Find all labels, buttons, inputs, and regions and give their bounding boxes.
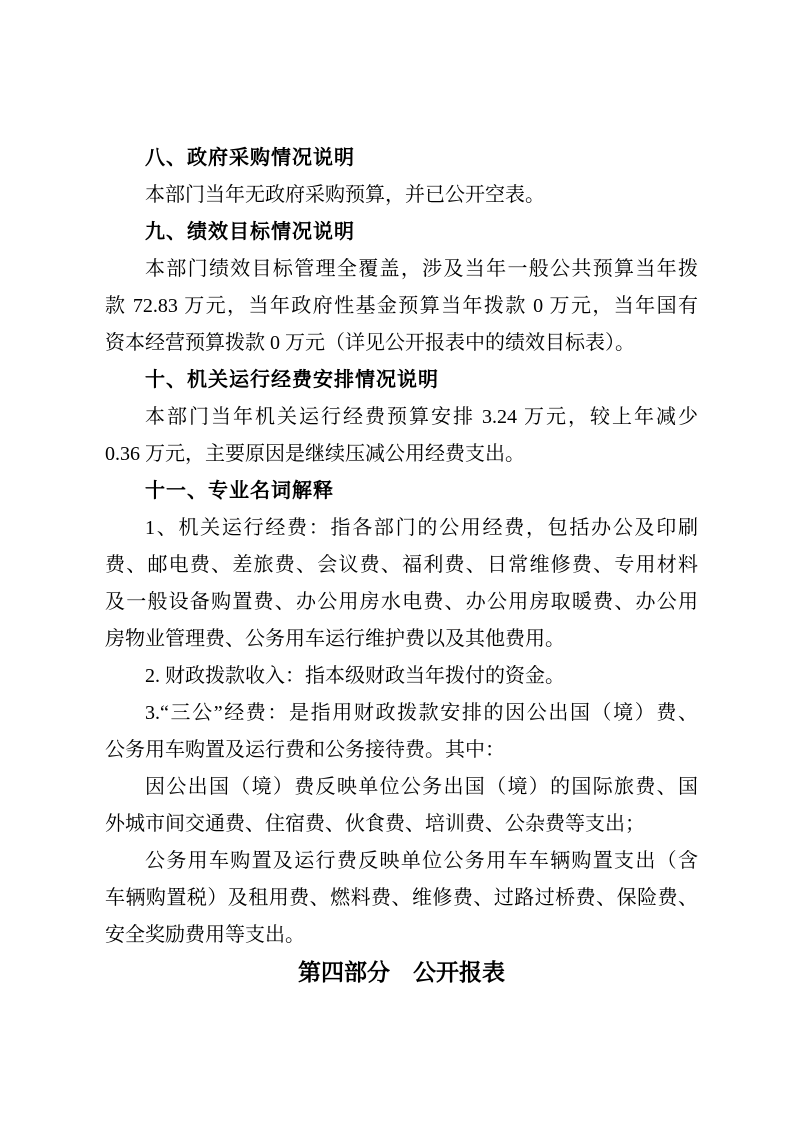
paragraph: 公务用车购置及运行费反映单位公务用车车辆购置支出（含车辆购置税）及租用费、燃料费… bbox=[105, 843, 698, 954]
section-heading-text: 九、绩效目标情况说明 bbox=[105, 214, 698, 251]
paragraph-line: 外城市间交通费、住宿费、伙食费、培训费、公杂费等支出； bbox=[105, 806, 698, 843]
paragraph-line: 安全奖励费用等支出。 bbox=[105, 917, 698, 954]
part-title: 第四部分 公开报表 bbox=[105, 954, 698, 991]
paragraph-line: 本部门当年无政府采购预算，并已公开空表。 bbox=[105, 177, 698, 214]
section-heading: 八、政府采购情况说明 bbox=[105, 140, 698, 177]
paragraph-line: 公务用车购置及运行费和公务接待费。其中： bbox=[105, 732, 698, 769]
paragraph-line: 车辆购置税）及租用费、燃料费、维修费、过路过桥费、保险费、 bbox=[105, 880, 698, 917]
paragraph-line: 本部门当年机关运行经费预算安排 3.24 万元，较上年减少 bbox=[105, 399, 698, 436]
paragraph: 本部门绩效目标管理全覆盖，涉及当年一般公共预算当年拨款 72.83 万元，当年政… bbox=[105, 251, 698, 362]
paragraph-line: 房物业管理费、公务用车运行维护费以及其他费用。 bbox=[105, 621, 698, 658]
section-heading-text: 十一、专业名词解释 bbox=[105, 473, 698, 510]
paragraph-line: 因公出国（境）费反映单位公务出国（境）的国际旅费、国 bbox=[105, 769, 698, 806]
paragraph: 1、机关运行经费：指各部门的公用经费，包括办公及印刷费、邮电费、差旅费、会议费、… bbox=[105, 510, 698, 658]
paragraph: 因公出国（境）费反映单位公务出国（境）的国际旅费、国外城市间交通费、住宿费、伙食… bbox=[105, 769, 698, 843]
paragraph-line: 1、机关运行经费：指各部门的公用经费，包括办公及印刷 bbox=[105, 510, 698, 547]
document-content: 八、政府采购情况说明本部门当年无政府采购预算，并已公开空表。九、绩效目标情况说明… bbox=[0, 0, 793, 991]
paragraph-line: 费、邮电费、差旅费、会议费、福利费、日常维修费、专用材料 bbox=[105, 547, 698, 584]
paragraph-line: 本部门绩效目标管理全覆盖，涉及当年一般公共预算当年拨 bbox=[105, 251, 698, 288]
paragraph-line: 2. 财政拨款收入：指本级财政当年拨付的资金。 bbox=[105, 658, 698, 695]
paragraph-line: 及一般设备购置费、办公用房水电费、办公用房取暖费、办公用 bbox=[105, 584, 698, 621]
paragraph: 2. 财政拨款收入：指本级财政当年拨付的资金。 bbox=[105, 658, 698, 695]
paragraph-line: 3.“三公”经费：是指用财政拨款安排的因公出国（境）费、 bbox=[105, 695, 698, 732]
section-heading: 十一、专业名词解释 bbox=[105, 473, 698, 510]
paragraph: 本部门当年无政府采购预算，并已公开空表。 bbox=[105, 177, 698, 214]
part-title-text: 第四部分 公开报表 bbox=[105, 954, 698, 991]
paragraph-line: 0.36 万元，主要原因是继续压减公用经费支出。 bbox=[105, 436, 698, 473]
paragraph-line: 公务用车购置及运行费反映单位公务用车车辆购置支出（含 bbox=[105, 843, 698, 880]
section-heading-text: 十、机关运行经费安排情况说明 bbox=[105, 362, 698, 399]
section-heading-text: 八、政府采购情况说明 bbox=[105, 140, 698, 177]
paragraph: 本部门当年机关运行经费预算安排 3.24 万元，较上年减少0.36 万元，主要原… bbox=[105, 399, 698, 473]
paragraph-line: 资本经营预算拨款 0 万元（详见公开报表中的绩效目标表）。 bbox=[105, 325, 698, 362]
section-heading: 九、绩效目标情况说明 bbox=[105, 214, 698, 251]
paragraph: 3.“三公”经费：是指用财政拨款安排的因公出国（境）费、公务用车购置及运行费和公… bbox=[105, 695, 698, 769]
document-page: 八、政府采购情况说明本部门当年无政府采购预算，并已公开空表。九、绩效目标情况说明… bbox=[0, 0, 793, 1122]
paragraph-line: 款 72.83 万元，当年政府性基金预算当年拨款 0 万元，当年国有 bbox=[105, 288, 698, 325]
section-heading: 十、机关运行经费安排情况说明 bbox=[105, 362, 698, 399]
